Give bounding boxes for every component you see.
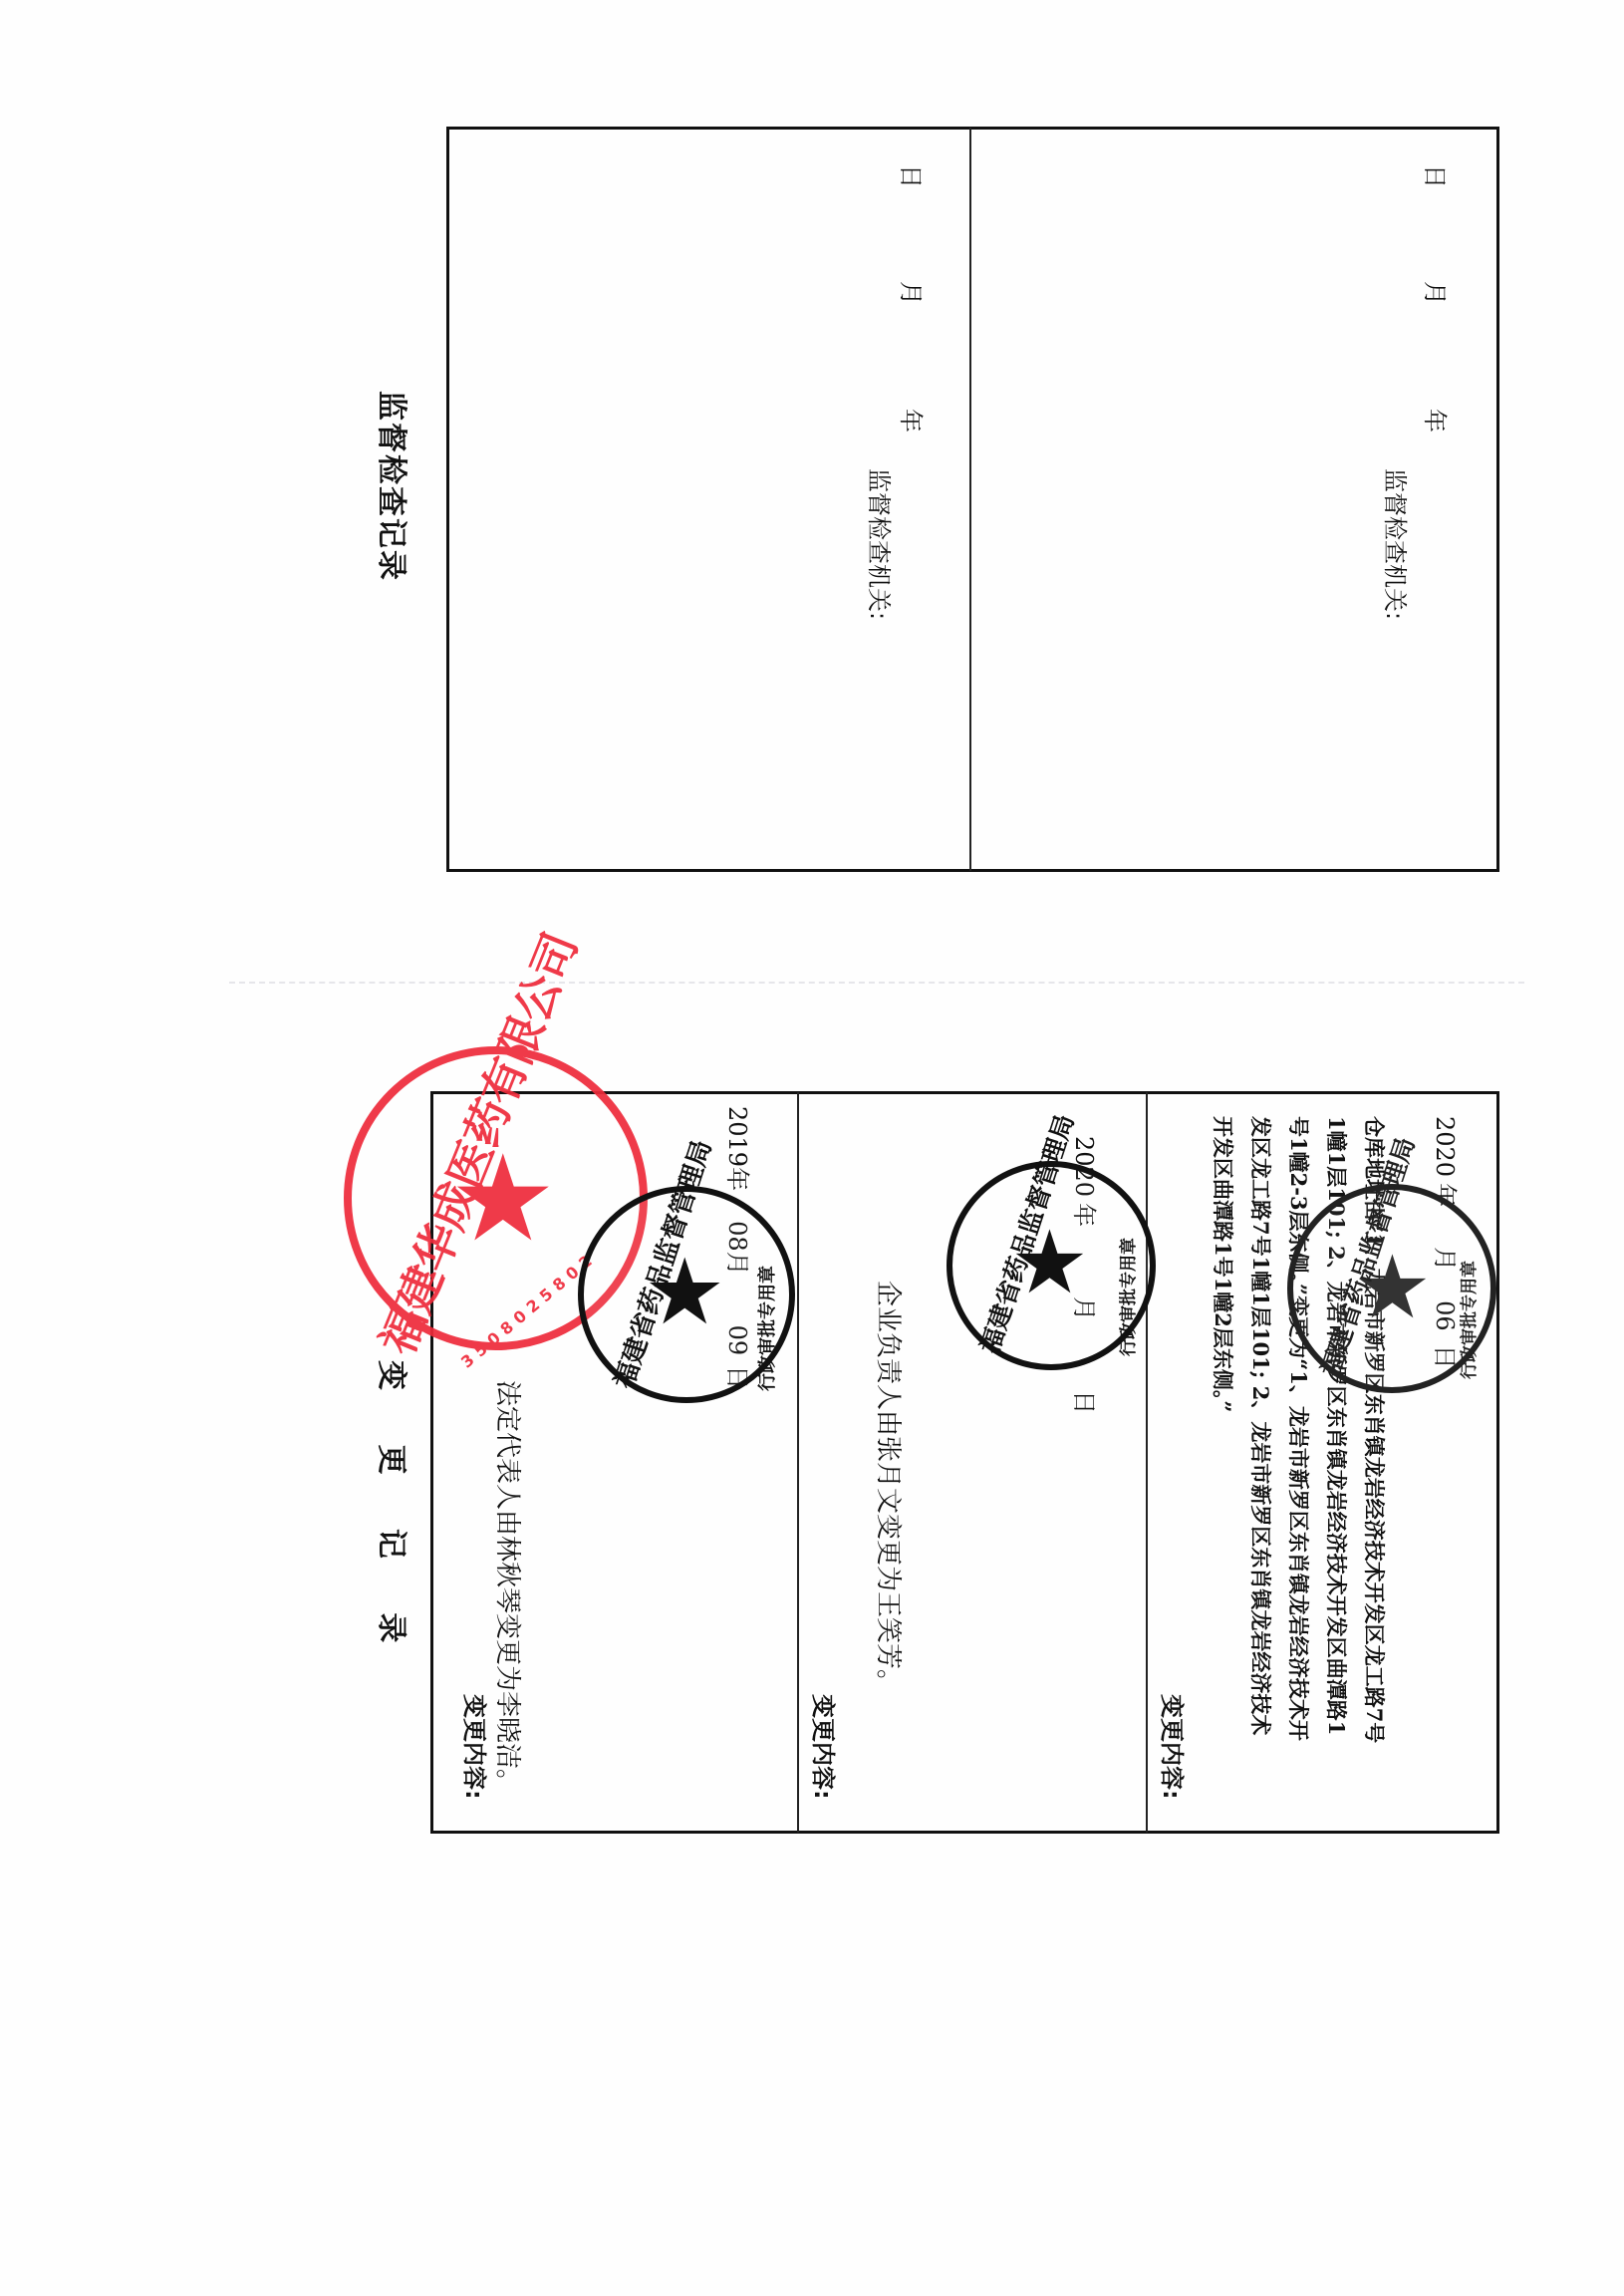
authority-seal-3: ★ 福建省药品监督管理局 行政审批专用章 xyxy=(1287,1184,1496,1393)
change-label: 变更内容: xyxy=(808,1694,843,1800)
authority-label: 监督检查机关: xyxy=(864,468,899,620)
year-label: 年 xyxy=(1420,409,1455,432)
day-label: 日 xyxy=(896,164,931,188)
date-year: 2020 xyxy=(1431,1116,1459,1177)
month-label: 月 xyxy=(896,281,931,305)
change-divider-1 xyxy=(797,1092,799,1833)
fold-line xyxy=(229,982,1524,984)
authority-seal-subtext: 行政审批专用章 xyxy=(753,1266,779,1391)
year-label: 年 xyxy=(896,409,931,432)
authority-seal-subtext: 行政审批专用章 xyxy=(1455,1261,1480,1379)
authority-seal-2: ★ 福建省药品监督管理局 行政审批专用章 xyxy=(947,1161,1156,1370)
change-label: 变更内容: xyxy=(459,1694,494,1800)
change-divider-2 xyxy=(1146,1092,1148,1833)
day-unit: 日 xyxy=(1070,1390,1098,1414)
month-label: 月 xyxy=(1420,281,1455,305)
year-unit: 年 xyxy=(723,1167,751,1191)
change-content: 企业负责人由张月文变更为王笑芳。 xyxy=(872,1281,909,1695)
change-label: 变更内容: xyxy=(1157,1694,1192,1800)
day-label: 日 xyxy=(1420,164,1455,188)
supervision-table xyxy=(446,127,1499,872)
authority-label: 监督检查机关: xyxy=(1380,468,1415,620)
authority-seal-subtext: 行政审批专用章 xyxy=(1114,1238,1139,1356)
supervision-divider xyxy=(969,128,971,871)
authority-seal-1: ★ 福建省药品监督管理局 行政审批专用章 xyxy=(578,1186,795,1403)
supervision-title: 监督检查记录 xyxy=(373,391,416,582)
change-record-title: 变 更 记 录 xyxy=(373,1360,416,1664)
scanned-license-page: 监督检查记录 监督检查机关: 年 月 日 监督检查机关: 年 月 日 变 更 记… xyxy=(0,0,1624,2296)
date-year: 2019 xyxy=(723,1106,751,1167)
change-content: 法定代表人由林秋琴变更为李晓洁。 xyxy=(491,1380,528,1795)
